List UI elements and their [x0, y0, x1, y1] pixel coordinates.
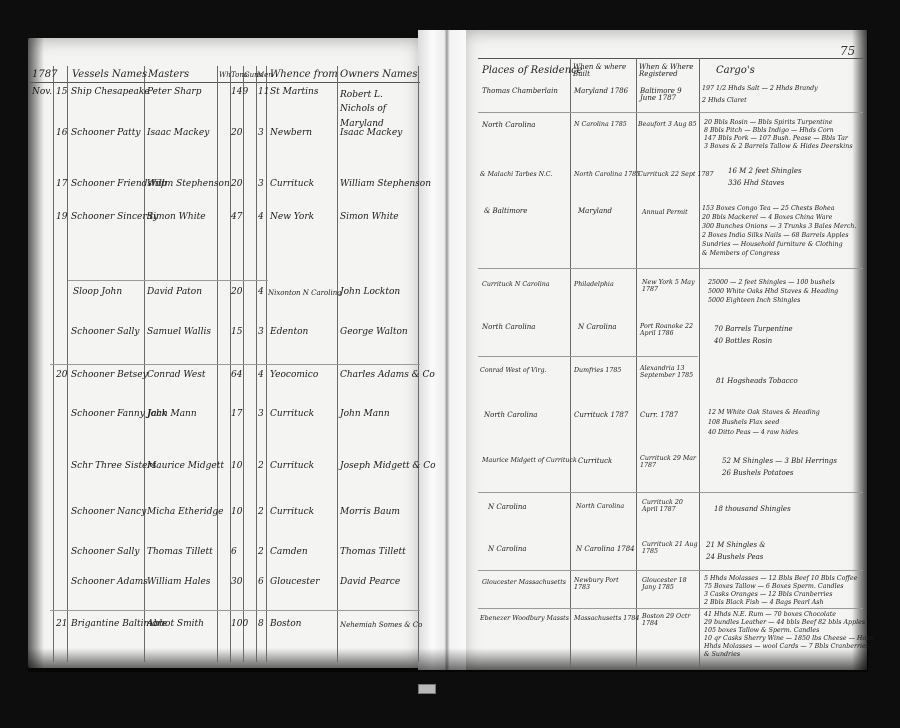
cargo-line: 18 thousand Shingles — [714, 506, 791, 513]
master-name: Micha Etheridge — [147, 508, 224, 517]
cargo-line: 16 M 2 feet Shingles — [728, 168, 802, 175]
tons: 47 — [231, 213, 242, 222]
page-edge-shadow — [852, 30, 868, 670]
men: 2 — [258, 548, 264, 557]
cargo-line: 20 Bbls Rosin — Bbls Spirits Turpentine — [704, 120, 833, 127]
row-divider — [478, 112, 863, 113]
owners-name: Thomas Tillett — [340, 548, 406, 557]
cargo-line: 70 Barrels Turpentine — [714, 326, 793, 333]
whence-from: Yeocomico — [270, 371, 318, 380]
cargo-line: 300 Bunches Onions — 3 Trunks 3 Bales Me… — [702, 224, 856, 231]
page-bottom-shadow — [28, 648, 868, 672]
men: 3 — [258, 129, 264, 138]
entry-day: 19 — [56, 213, 67, 222]
tons: 10 — [231, 462, 242, 471]
cargo-line: & Members of Congress — [702, 251, 780, 258]
men: 4 — [258, 213, 264, 222]
cargo-line: 81 Hogsheads Tobacco — [716, 378, 798, 385]
tons: 15 — [231, 328, 242, 337]
registered: Currituck 21 Aug 1785 — [642, 542, 698, 555]
registered: Annual Permit — [642, 210, 688, 217]
col-header-owners: Owners Names — [340, 70, 417, 81]
registered: Boston 29 Octr 1784 — [642, 614, 698, 627]
vessel-name: Schooner Nancy — [71, 508, 146, 517]
residence: & Baltimore — [484, 208, 527, 215]
page-edge-shadow — [28, 38, 44, 668]
row-divider — [478, 608, 863, 609]
men: 2 — [258, 508, 264, 517]
col-header-vessel: Vessels Names — [72, 70, 147, 81]
owners-name: Simon White — [340, 213, 399, 222]
col-header-registered: When & Where Registered — [639, 64, 699, 79]
column-divider — [699, 58, 700, 668]
entry-day: 16 — [56, 129, 67, 138]
owners-name: Charles Adams & Co — [340, 371, 435, 380]
master-name: Peter Sharp — [147, 88, 201, 97]
col-header-c1: Wh — [219, 72, 231, 79]
cargo-line: 8 Bbls Pitch — Bbls Indigo — Hhds Corn — [704, 128, 834, 135]
registered: Gloucester 18 Jany 1785 — [642, 578, 698, 591]
residence: N Carolina — [488, 504, 527, 511]
tons: 6 — [231, 548, 237, 557]
residence: & Malachi Tarbes N.C. — [480, 172, 552, 179]
men: 4 — [258, 371, 264, 380]
row-divider — [50, 364, 420, 365]
whence-from: Gloucester — [270, 578, 320, 587]
entry-day: 21 — [56, 620, 67, 629]
tons: 149 — [231, 88, 248, 97]
col-header-from: Whence from — [270, 70, 338, 81]
vessel-name: Sloop John — [73, 288, 122, 297]
tons: 20 — [231, 180, 242, 189]
tons: 17 — [231, 410, 242, 419]
men: 2 — [258, 462, 264, 471]
tons: 64 — [231, 371, 242, 380]
registered: Currituck 29 Mar 1787 — [640, 456, 698, 469]
header-rule — [478, 58, 863, 59]
master-name: William Hales — [147, 578, 210, 587]
owners-name: Robert L. Nichols of Maryland — [340, 88, 416, 131]
book-gutter — [418, 30, 466, 670]
vessel-name: Schooner Adams — [71, 578, 148, 587]
cargo-line: 153 Boxes Congo Tea — 25 Chests Bohea — [702, 206, 835, 213]
entry-month: Nov. — [32, 88, 52, 97]
registered: Currituck 22 Sept 1787 — [638, 172, 713, 179]
men: 8 — [258, 620, 264, 629]
cargo-line: 25000 — 2 feet Shingles — 100 bushels — [708, 280, 835, 287]
whence-from: Boston — [270, 620, 301, 629]
owners-name: John Mann — [340, 410, 390, 419]
men: 6 — [258, 578, 264, 587]
master-name: Maurice Midgett — [147, 462, 224, 471]
master-name: Willm Stephenson — [147, 180, 230, 189]
residence: Currituck N Carolina — [482, 282, 550, 289]
vessel-name: Schooner Sally — [71, 548, 140, 557]
cargo-line: 12 M White Oak Staves & Heading — [708, 410, 820, 417]
built: Maryland 1786 — [574, 88, 634, 95]
cargo-line: 29 bundles Leather — 44 bbls Beef 82 bbl… — [704, 620, 865, 627]
col-header-year: 1787 — [32, 70, 57, 81]
cargo-line: Sundries — Household furniture & Clothin… — [702, 242, 843, 249]
built: North Carolina 1785 — [574, 172, 640, 179]
owners-name: George Walton — [340, 328, 408, 337]
cargo-line: 197 1/2 Hhds Salt — 2 Hhds Brandy — [702, 86, 818, 93]
cargo-line: 24 Bushels Peas — [706, 554, 763, 561]
men: 4 — [258, 288, 264, 297]
residence: Maurice Midgett of Currituck — [482, 458, 577, 465]
owners-name: David Pearce — [340, 578, 400, 587]
cargo-line: 40 Bottles Rosin — [714, 338, 772, 345]
cargo-line: 5000 Eighteen Inch Shingles — [708, 298, 800, 305]
cargo-line: 336 Hhd Staves — [728, 180, 784, 187]
vessel-name: Schooner Patty — [71, 129, 140, 138]
residence: Ebenezer Woodbury Massts — [480, 616, 569, 623]
registered: New York 5 May 1787 — [642, 280, 696, 293]
row-divider — [50, 610, 420, 611]
owners-name: Isaac Mackey — [340, 129, 402, 138]
master-name: Isaac Mackey — [147, 129, 209, 138]
row-divider — [478, 570, 863, 571]
built: Maryland — [578, 208, 612, 215]
built: N Carolina 1785 — [574, 122, 627, 129]
master-name: Conrad West — [147, 371, 205, 380]
built: N Carolina — [578, 324, 617, 331]
residence: North Carolina — [482, 324, 535, 331]
men: 3 — [258, 328, 264, 337]
residence: North Carolina — [484, 412, 537, 419]
men: 11 — [258, 88, 269, 97]
header-rule — [30, 82, 420, 83]
cargo-line: 105 boxes Tallow & Sperm. Candles — [704, 628, 819, 635]
men: 3 — [258, 180, 264, 189]
built: Newbury Port 1783 — [574, 578, 634, 591]
whence-from: Currituck — [270, 180, 314, 189]
owners-name: Morris Baum — [340, 508, 400, 517]
col-header-residence: Places of Residence — [482, 66, 583, 77]
registered: Baltimore 9 June 1787 — [640, 88, 698, 103]
row-divider — [478, 492, 863, 493]
cargo-line: 5 Hhds Molasses — 12 Bbls Beef 10 Bbls C… — [704, 576, 857, 583]
owners-name: Joseph Midgett & Co — [340, 462, 436, 471]
cargo-line: 2 Boxes India Silks Nails — 68 Barrels A… — [702, 233, 848, 240]
built: Currituck 1787 — [574, 412, 628, 419]
vessel-name: Schooner Betsey — [71, 371, 148, 380]
cargo-line: 2 Hhds Claret — [702, 98, 747, 105]
vessel-name: Schooner Sally — [71, 328, 140, 337]
cargo-line: 147 Bbls Pork — 107 Bush. Pease — Bbls T… — [704, 136, 848, 143]
cargo-line: 3 Boxes & 2 Barrels Tallow & Hides Deers… — [704, 144, 853, 151]
built: N Carolina 1784 — [576, 546, 635, 553]
built: North Carolina — [576, 504, 624, 511]
master-name: Abbot Smith — [147, 620, 204, 629]
owners-name: John Lockton — [340, 288, 400, 297]
cargo-line: 52 M Shingles — 3 Bbl Herrings — [722, 458, 837, 465]
registered: Currituck 20 April 1787 — [642, 500, 698, 513]
owners-name: William Stephenson — [340, 180, 431, 189]
microfilm-frame-tag — [418, 684, 436, 694]
registered: Port Roanoke 22 April 1786 — [640, 324, 698, 337]
col-header-built: When & where Built — [573, 64, 635, 79]
cargo-line: 3 Casks Oranges — 12 Bbls Cranberries — [704, 592, 832, 599]
whence-from: New York — [270, 213, 314, 222]
tons: 100 — [231, 620, 248, 629]
whence-from: Nixonton N Carolina — [268, 290, 341, 297]
column-divider — [636, 58, 637, 668]
cargo-line: 10 qr Casks Sherry Wine — 1850 lbs Chees… — [704, 636, 873, 643]
vessel-name: Schooner Sincerity — [71, 213, 158, 222]
tons: 20 — [231, 129, 242, 138]
whence-from: Currituck — [270, 462, 314, 471]
residence: Thomas Chamberlain — [482, 88, 558, 95]
master-name: John Mann — [147, 410, 197, 419]
cargo-line: 41 Hhds N.E. Rum — 70 boxes Chocolate — [704, 612, 836, 619]
cargo-line: 5000 White Oaks Hhd Staves & Heading — [708, 289, 838, 296]
tons: 20 — [231, 288, 242, 297]
tons: 10 — [231, 508, 242, 517]
master-name: Thomas Tillett — [147, 548, 213, 557]
registered: Curr. 1787 — [640, 412, 678, 419]
cargo-line: 26 Bushels Potatoes — [722, 470, 793, 477]
page-number: 75 — [840, 44, 855, 58]
whence-from: Camden — [270, 548, 308, 557]
registered: Beaufort 3 Aug 85 — [638, 122, 696, 129]
whence-from: Currituck — [270, 508, 314, 517]
cargo-line: Hhds Molasses — wool Cards — 7 Bbls Cran… — [704, 644, 869, 651]
men: 3 — [258, 410, 264, 419]
residence: Gloucester Massachusetts — [482, 580, 566, 587]
residence: North Carolina — [482, 122, 535, 129]
row-divider — [68, 280, 268, 281]
residence: Conrad West of Virg. — [480, 368, 547, 375]
row-divider — [478, 356, 698, 357]
whence-from: St Martins — [270, 88, 318, 97]
vessel-name: Ship Chesapeake — [71, 88, 150, 97]
whence-from: Edenton — [270, 328, 308, 337]
whence-from: Newbern — [270, 129, 312, 138]
cargo-line: 21 M Shingles & — [706, 542, 766, 549]
cargo-line: 2 Bbls Black Fish — 4 Bags Pearl Ash — [704, 600, 824, 607]
built: Massachusetts 1784 — [574, 616, 639, 623]
master-name: Simon White — [147, 213, 206, 222]
cargo-line: 75 Boxes Tallow — 6 Boxes Sperm. Candles — [704, 584, 844, 591]
entry-day: 15 — [56, 88, 67, 97]
col-header-master: Masters — [148, 70, 189, 81]
cargo-line: 20 Bbls Mackerel — 4 Boxes China Ware — [702, 215, 832, 222]
cargo-line: 108 Bushels Flax seed — [708, 420, 779, 427]
master-name: David Paton — [147, 288, 202, 297]
whence-from: Currituck — [270, 410, 314, 419]
tons: 30 — [231, 578, 242, 587]
cargo-line: 40 Ditto Peas — 4 raw hides — [708, 430, 798, 437]
residence: N Carolina — [488, 546, 527, 553]
column-divider — [570, 58, 571, 668]
registered: Alexandria 13 September 1785 — [640, 366, 698, 379]
master-name: Samuel Wallis — [147, 328, 211, 337]
built: Currituck — [578, 458, 612, 465]
owners-name: Nehemiah Somes & Co — [340, 622, 422, 629]
entry-day: 17 — [56, 180, 67, 189]
entry-day: 20 — [56, 371, 67, 380]
row-divider — [478, 268, 863, 269]
built: Dumfries 1785 — [574, 368, 621, 375]
built: Philadelphia — [574, 282, 614, 289]
cargo-line: & Sundries — [704, 652, 740, 659]
vessel-name: Schr Three Sisters — [71, 462, 156, 471]
col-header-cargo: Cargo's — [716, 66, 755, 77]
